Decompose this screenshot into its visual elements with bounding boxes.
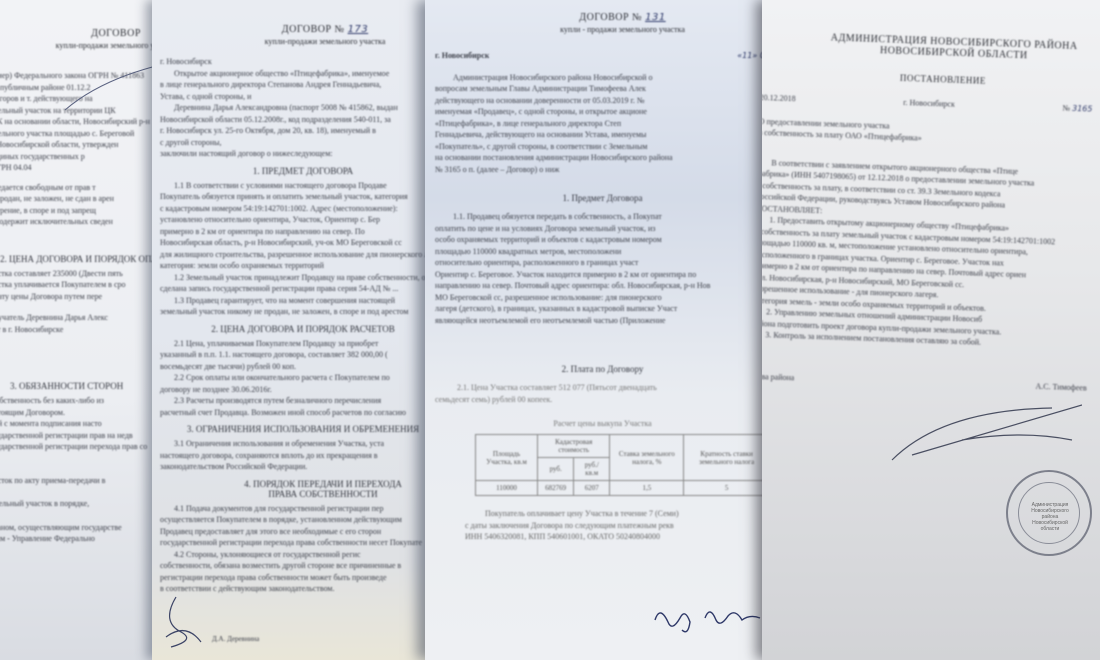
text-line: Устава, с одной стороны, и	[160, 91, 442, 103]
document-2-title-text: ДОГОВОР №	[282, 24, 345, 35]
text-line: ...и бурение, в споре и под запрещ	[0, 205, 175, 217]
text-line: ...с ним - Управление Федерально	[0, 533, 175, 545]
text-line: ...настоящим Договором.	[0, 407, 175, 419]
table-subheader: руб./кв.м	[574, 458, 610, 481]
text-line: с другой стороны,	[160, 137, 442, 149]
document-3-number: 131	[645, 12, 666, 23]
text-line: регистрации перехода права собственности…	[160, 572, 442, 584]
text-line: восемьдесят две тысячи) рублей 00 коп.	[160, 361, 442, 373]
text-line: земельный участок никому не продан, не з…	[160, 306, 442, 318]
text-line: Покупатель обязуется принять и оплатить …	[160, 191, 442, 203]
document-2-number: 173	[348, 24, 369, 35]
document-4-signatory: А.С. Тимофеев	[1035, 380, 1087, 393]
text-line: ...оплату цены Договора путем пере	[0, 291, 175, 303]
text-line: 3.1 Ограничения использования и обремене…	[160, 438, 442, 450]
signature-icon	[156, 592, 206, 652]
table-cell: 1,5	[610, 481, 684, 496]
text-line: семьдесят семь) рублей 00 копеек.	[435, 394, 770, 406]
text-line: именуемая «Продавец», с одной стороны, и…	[435, 106, 770, 118]
text-line: ...в ЕГРН 04.04	[0, 162, 175, 174]
text-line: государственной регистрации перехода пра…	[160, 537, 442, 549]
price-calculation-table: Площадь Участка, кв.м Кадастровая стоимо…	[475, 434, 770, 496]
text-line: 1.2 Земельный участок принадлежит Продав…	[160, 272, 442, 284]
text-line: 4.2 Стороны, уклоняющиеся от государстве…	[160, 549, 442, 561]
text-line: настоящего договора, сохраняются вплоть …	[160, 450, 442, 462]
text-line: 1.1 В соответствии с условиями настоящег…	[160, 180, 442, 192]
document-4-number-prefix: №	[1062, 104, 1070, 113]
text-line: «Птицефабрика», в лице генерального дире…	[435, 118, 770, 130]
section-heading: 1. ПРЕДМЕТ ДОГОВОРА	[160, 166, 442, 176]
text-line: собственности, обязана возместить другой…	[160, 560, 442, 572]
text-line: ...участка уплачивается Покупателем в ср…	[0, 279, 175, 291]
document-2-signatory: Д.А. Деревнина	[212, 634, 259, 646]
text-line: для жилищного строительства, разрешенное…	[160, 249, 442, 261]
text-line: площадью 110000 квадратных метров, место…	[435, 246, 770, 258]
table-cell: 5	[684, 481, 770, 496]
text-line: законодательством Российской Федерации.	[160, 461, 442, 473]
text-line: Новосибирской области 05.12.2008г., код …	[160, 114, 442, 126]
section-heading: 1. Предмет Договора	[435, 193, 770, 203]
text-line: сделана запись государственной регистрац…	[160, 283, 442, 295]
document-2-title: ДОГОВОР № 173	[190, 24, 442, 35]
section-heading: 2. Плата по Договору	[435, 364, 770, 374]
document-4-number: № 3165	[1062, 103, 1092, 116]
text-line: 2.1. Цена Участка составляет 512 077 (Пя…	[435, 382, 770, 394]
document-1-page: ДОГОВОР купли-продажи земельного участка…	[0, 0, 175, 660]
text-line: ...участка составляет 235000 (Двести пят…	[0, 268, 175, 280]
text-line: ...счёт в г. Новосибирске	[0, 324, 175, 336]
text-line: особо охраняемых территорий и объектов с…	[435, 234, 770, 246]
document-2-subtitle: купли-продажи земельного участка	[190, 37, 442, 46]
text-line: Деревнина Дарья Александровна (паспорт 5…	[160, 102, 442, 114]
section-heading: 4. ПОРЯДОК ПЕРЕДАЧИ И ПЕРЕХОДА	[200, 479, 442, 489]
table-title: Расчет цены выкупа Участка	[435, 419, 770, 428]
text-line: ...государственной регистрации перехода …	[0, 441, 175, 453]
text-line: ...не продан, не заложен, не сдан в арен	[0, 193, 175, 205]
text-line: ...в Единых государственных р	[0, 151, 175, 163]
document-3-title-text: ДОГОВОР №	[579, 12, 642, 23]
text-line: ...получатель Деревнина Дарья Алекс	[0, 312, 175, 324]
text-line: ...передается свободным от прав т	[0, 182, 175, 194]
document-1-subtitle: купли-продажи земельного участка	[12, 41, 175, 50]
document-4-doc-type: ПОСТАНОВЛЕНИЕ	[780, 69, 1100, 90]
section-heading: 3. ОБЯЗАННОСТИ СТОРОН	[10, 381, 175, 391]
text-line: в лице генерального директора Степанова …	[160, 79, 442, 91]
section-heading: 2. ЦЕНА ДОГОВОРА И ПОРЯДОК ОПЛ	[0, 254, 175, 264]
text-line: Геннадьевича, действующего на основании …	[435, 129, 770, 141]
text-line: ...Земельный участок в порядке,	[0, 498, 175, 510]
text-line: МО Береговской сс, разрешенное использов…	[435, 292, 770, 304]
document-4-signature-title: Глава района	[762, 370, 795, 383]
text-line: ...участок по акту приема-передачи в	[0, 475, 175, 487]
document-4-page: АДМИНИСТРАЦИЯ НОВОСИБИРСКОГО РАЙОНА НОВО…	[762, 0, 1100, 660]
text-line: с кадастровым номером 54:19:142701:1002.…	[160, 203, 442, 215]
text-line: направлению на север. Почтовый адрес ори…	[435, 280, 770, 292]
document-4-number-value: 3165	[1072, 104, 1093, 114]
document-1-title: ДОГОВОР	[12, 28, 175, 39]
table-subheader: руб.	[538, 458, 574, 481]
text-line: 1.3 Продавец гарантирует, что на момент …	[160, 295, 442, 307]
text-line: Открытое акционерное общество «Птицефабр…	[160, 68, 442, 80]
text-line: 2.1 Цена, уплачиваемая Покупателем Прода…	[160, 338, 442, 350]
document-3-title: ДОГОВОР № 131	[475, 12, 770, 23]
text-line: ...по Новосибирской области, утвержден	[0, 139, 175, 151]
text-line: примерно в 2 км от ориентира по направле…	[160, 226, 442, 238]
document-4-date: 20.12.2018	[762, 92, 796, 105]
text-line: 2.2 Срок оплаты или окончательного расче…	[160, 372, 442, 384]
document-2-page: ДОГОВОР № 173 купли-продажи земельного у…	[152, 0, 442, 660]
text-line: Ориентир с. Береговое. Участок находится…	[435, 269, 770, 281]
text-line: являющейся неотъемлемой его неотъемлемой…	[435, 315, 770, 327]
table-cell: 110000	[476, 481, 538, 496]
text-line: 4.1 Подача документов для государственно…	[160, 503, 442, 515]
text-line: оплатить по цене и на условиях Договора …	[435, 223, 770, 235]
text-line: Администрация Новосибирского района Ново…	[435, 72, 770, 84]
text-line: ИНН 5406320081, КПП 540601001, ОКАТО 502…	[435, 531, 770, 543]
text-line: «Покупатель», с другой стороны, в соотве…	[435, 141, 770, 153]
text-line: Продавец предоставляет для этого все нео…	[160, 526, 442, 538]
table-cell: 6207	[574, 481, 610, 496]
document-3-city: г. Новосибирск	[435, 50, 489, 62]
document-4-city: г. Новосибирск	[903, 97, 955, 110]
table-header: Кратность ставки земельного налога	[684, 435, 770, 481]
signature-icon	[882, 400, 1082, 470]
text-line: указанный в п.п. 1.1. настоящего договор…	[160, 349, 442, 361]
text-line: ...дней с момента подписания насто	[0, 418, 175, 430]
text-line: ...в собственность без каких-либо из	[0, 395, 175, 407]
official-stamp: Администрация Новосибирского района Ново…	[1006, 470, 1092, 556]
document-3-subtitle: купли - продажи земельного участка	[475, 25, 770, 34]
text-line: заключили настоящий договор о нижеследую…	[160, 148, 442, 160]
text-line: действующего на основании доверенности о…	[435, 95, 770, 107]
text-line: осуществляется Покупателем в порядке, ус…	[160, 514, 442, 526]
text-line: Покупатель оплачивает цену Участка в теч…	[435, 508, 770, 520]
text-line: 1.1. Продавец обязуется передать в собст…	[435, 211, 770, 223]
text-line: установлено относительно ориентира, Учас…	[160, 214, 442, 226]
text-line: договору не позднее 30.06.2016г.	[160, 384, 442, 396]
table-cell: 682769	[538, 481, 574, 496]
section-heading: 3. ОГРАНИЧЕНИЯ ИСПОЛЬЗОВАНИЯ И ОБРЕМЕНЕН…	[160, 424, 442, 434]
table-header: Площадь Участка, кв.м	[476, 435, 538, 481]
stamp-text: Администрация Новосибирского района Ново…	[1026, 502, 1074, 532]
text-line: Новосибирская область, р-н Новосибирский…	[160, 237, 442, 249]
document-3-page: ДОГОВОР № 131 купли - продажи земельного…	[425, 0, 777, 660]
text-line: на основании постановления администрации…	[435, 152, 770, 164]
section-heading: 2. ЦЕНА ДОГОВОРА И ПОРЯДОК РАСЧЕТОВ	[160, 324, 442, 334]
text-line: ...не содержит исключительных сведен	[0, 216, 175, 228]
section-heading: ПРАВА СОБСТВЕННОСТИ	[200, 489, 442, 499]
text-line: 2.3 Расчеты производятся путем безналичн…	[160, 395, 442, 407]
text-line: лагеря (детского), в границах, указанных…	[435, 303, 770, 315]
text-line: ...органом, осуществляющим государстве	[0, 522, 175, 534]
text-line: вопросам земельным Главы Администрации Т…	[435, 83, 770, 95]
document-2-city: г. Новосибирск	[160, 56, 442, 68]
text-line: категория: земли особо охраняемых террит…	[160, 260, 442, 272]
text-line: с даты заключения Договора по следующим …	[435, 520, 770, 532]
text-line: ...земельного участка площадью с. Берего…	[0, 128, 175, 140]
text-line: относительно ориентира, расположенного в…	[435, 257, 770, 269]
signature-icon	[650, 600, 765, 640]
text-line: г. Новосибирск ул. 25-го Октября, дом 20…	[160, 125, 442, 137]
text-line: ...государственной регистрации прав на н…	[0, 430, 175, 442]
text-line: расчетный счет Продавца. Возможен иной с…	[160, 407, 442, 419]
table-row: 110000 682769 6207 1,5 5	[476, 481, 770, 496]
table-header: Кадастровая стоимость	[538, 435, 610, 458]
table-header: Ставка земельного налога, %	[610, 435, 684, 481]
text-line: № 3165 о п. (далее – Договор) о ниж	[435, 164, 770, 176]
